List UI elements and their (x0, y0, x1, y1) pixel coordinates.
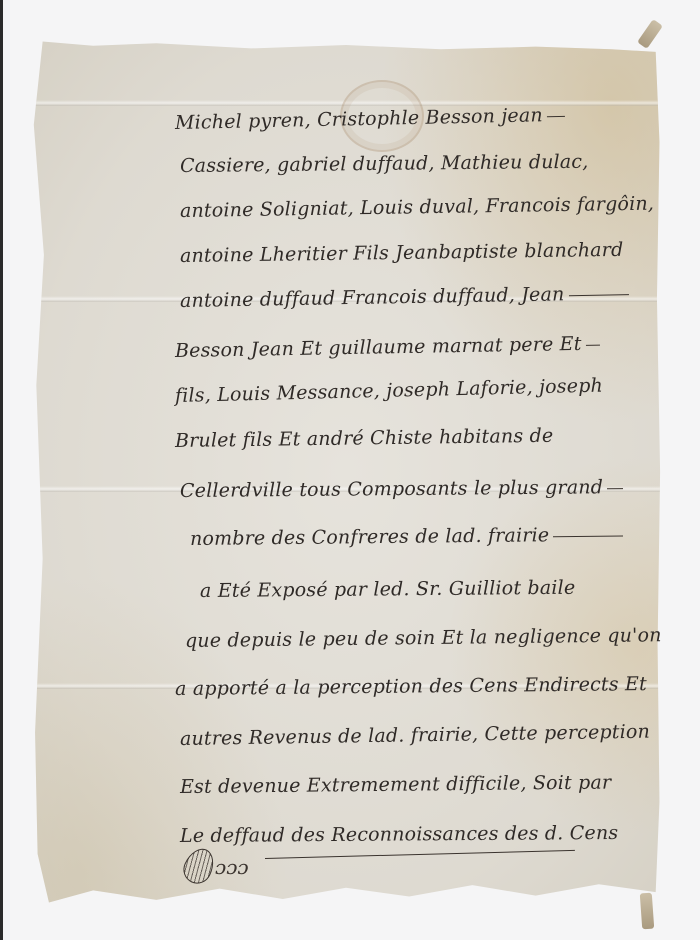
manuscript-line: Cassiere, gabriel duffaud, Mathieu dulac… (180, 151, 589, 177)
manuscript-line: nombre des Confreres de lad. frairie (190, 523, 624, 550)
binding-thread-bottom (640, 893, 654, 930)
line-flourish (568, 294, 628, 296)
manuscript-line: Le deffaud des Reconnoissances des d. Ce… (180, 822, 618, 847)
line-flourish (553, 535, 623, 537)
paraph-tail: ɔɔɔ (215, 855, 249, 879)
line-flourish (547, 115, 565, 116)
manuscript-line: Est devenue Extremement difficile, Soit … (180, 771, 612, 798)
scanner-edge (0, 0, 3, 940)
manuscript-line: Cellerdville tous Composants le plus gra… (180, 476, 623, 502)
line-flourish (607, 488, 623, 489)
manuscript-line: a Eté Exposé par led. Sr. Guilliot baile (200, 577, 576, 602)
scanned-document: Michel pyren, Cristophle Besson jean Cas… (0, 0, 700, 940)
line-flourish (586, 344, 600, 345)
binding-thread-top (637, 19, 663, 49)
